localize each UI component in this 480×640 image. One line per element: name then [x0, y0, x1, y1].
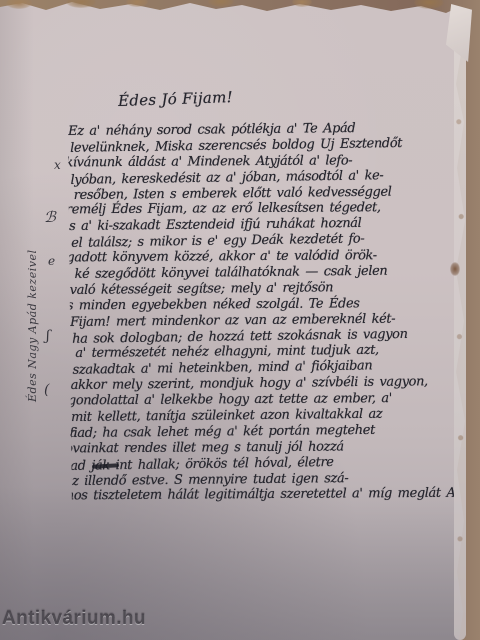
margin-mark: e [48, 254, 55, 268]
handwritten-line: mos tiszteletem hálát legitimáltja szere… [68, 486, 451, 505]
margin-mark: a [70, 426, 77, 440]
handwritten-line: s minden egyebekben néked szolgál. Te Éd… [68, 295, 449, 314]
antikvarium-watermark: Antikvárium.hu [2, 608, 146, 630]
margin-mark: ℬ [44, 208, 56, 226]
handwritten-line: gondolattal a' lelkekbe hogy azt tette a… [68, 391, 450, 410]
letter-photo: Édes Jó Fijam! Ez a' néhány sorod csak p… [0, 0, 480, 640]
margin-mark: ʃ [46, 328, 50, 344]
vertical-margin-note: Édes Nagy Apád kezeivel [26, 196, 39, 402]
handwritten-line: remélj Édes Fijam, az az erő lelkesítsen… [68, 200, 448, 219]
margin-mark: x [54, 158, 61, 172]
letter-body: Ez a' néhány sorod csak pótlékja a' Te A… [68, 120, 454, 510]
margin-mark: ( [44, 382, 49, 398]
torn-right-edge [454, 8, 466, 640]
